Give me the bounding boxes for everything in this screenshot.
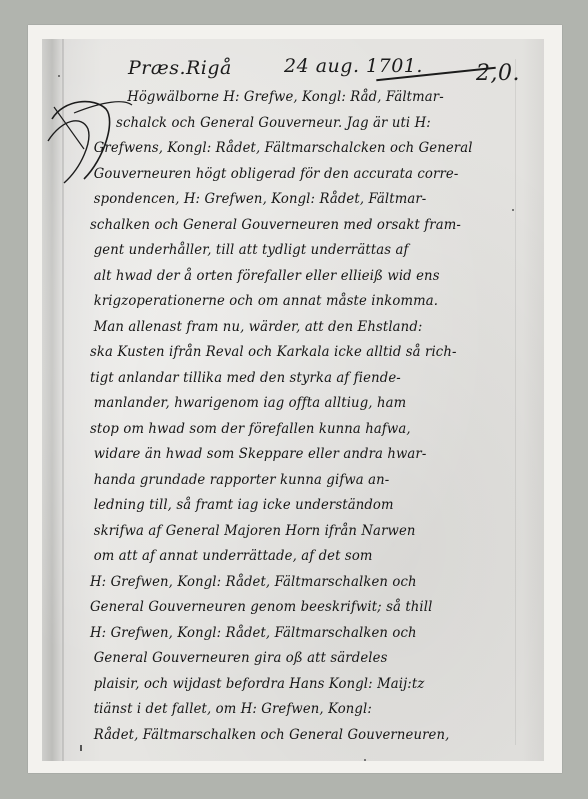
letter-line: General Gouverneuren genom beeskrifwit; … [90,595,499,621]
letter-line: skrifwa af General Majoren Horn ifrån Na… [90,519,499,545]
folio-number: 2,0. [476,61,520,86]
letter-line: krigzoperationerne och om annat måste in… [90,289,499,315]
letter-line: stop om hwad som der förefallen kunna ha… [90,417,499,443]
letter-line: Rådet, Fältmarschalken och General Gouve… [90,723,499,749]
letter-line: ska Kusten ifrån Reval och Karkala icke … [90,340,499,366]
document-photo: Præs. Rigå 24 aug. 1701. 2,0. Högwälborn… [42,39,544,761]
paper-speck [364,759,366,761]
date-prefix: Rigå [186,57,232,79]
letter-line: schalck och General Gouverneur. Jag är u… [90,111,499,137]
letter-line: ledning till, så framt iag icke understä… [90,493,499,519]
letter-line: plaisir, och wijdast befordra Hans Kongl… [90,672,499,698]
document-header: Præs. Rigå 24 aug. 1701. 2,0. [128,51,528,85]
letter-line: Man allenast fram nu, wärder, att den Eh… [90,315,499,341]
letter-line: H: Grefwen, Kongl: Rådet, Fältmarschalke… [90,570,499,596]
paper-speck [58,75,60,77]
letter-line: manlander, hwarigenom iag offta alltiug,… [90,391,499,417]
letter-line: Gouverneuren högt obligerad för den accu… [90,162,499,188]
letter-date: 24 aug. 1701. [284,55,423,77]
letter-line: gent underhåller, till att tydligt under… [90,238,499,264]
letter-line: spondencen, H: Grefwen, Kongl: Rådet, Fä… [90,187,499,213]
paper-speck [512,209,514,211]
letter-line: handa grundade rapporter kunna gifwa an- [90,468,499,494]
presented-note: Præs. [128,57,186,79]
letter-line: om att af annat underrättade, af det som [90,544,499,570]
letter-line: alt hwad der å orten förefaller eller el… [90,264,499,290]
letter-line: widare än hwad som Skeppare eller andra … [90,442,499,468]
margin-mark [80,745,82,751]
letter-line: tigt anlandar tillika med den styrka af … [90,366,499,392]
letter-body: Högwälborne H: Grefwe, Kongl: Råd, Fältm… [90,85,530,748]
letter-line: tiänst i det fallet, om H: Grefwen, Kong… [90,697,499,723]
letter-line: General Gouverneuren gira oß att särdele… [90,646,499,672]
photo-mount: Præs. Rigå 24 aug. 1701. 2,0. Högwälborn… [28,25,562,773]
letter-line: Grefwens, Kongl: Rådet, Fältmarschalcken… [90,136,499,162]
letter-line: Högwälborne H: Grefwe, Kongl: Råd, Fältm… [90,85,499,111]
letter-line: schalken och General Gouverneuren med or… [90,213,499,239]
letter-line: H: Grefwen, Kongl: Rådet, Fältmarschalke… [90,621,499,647]
